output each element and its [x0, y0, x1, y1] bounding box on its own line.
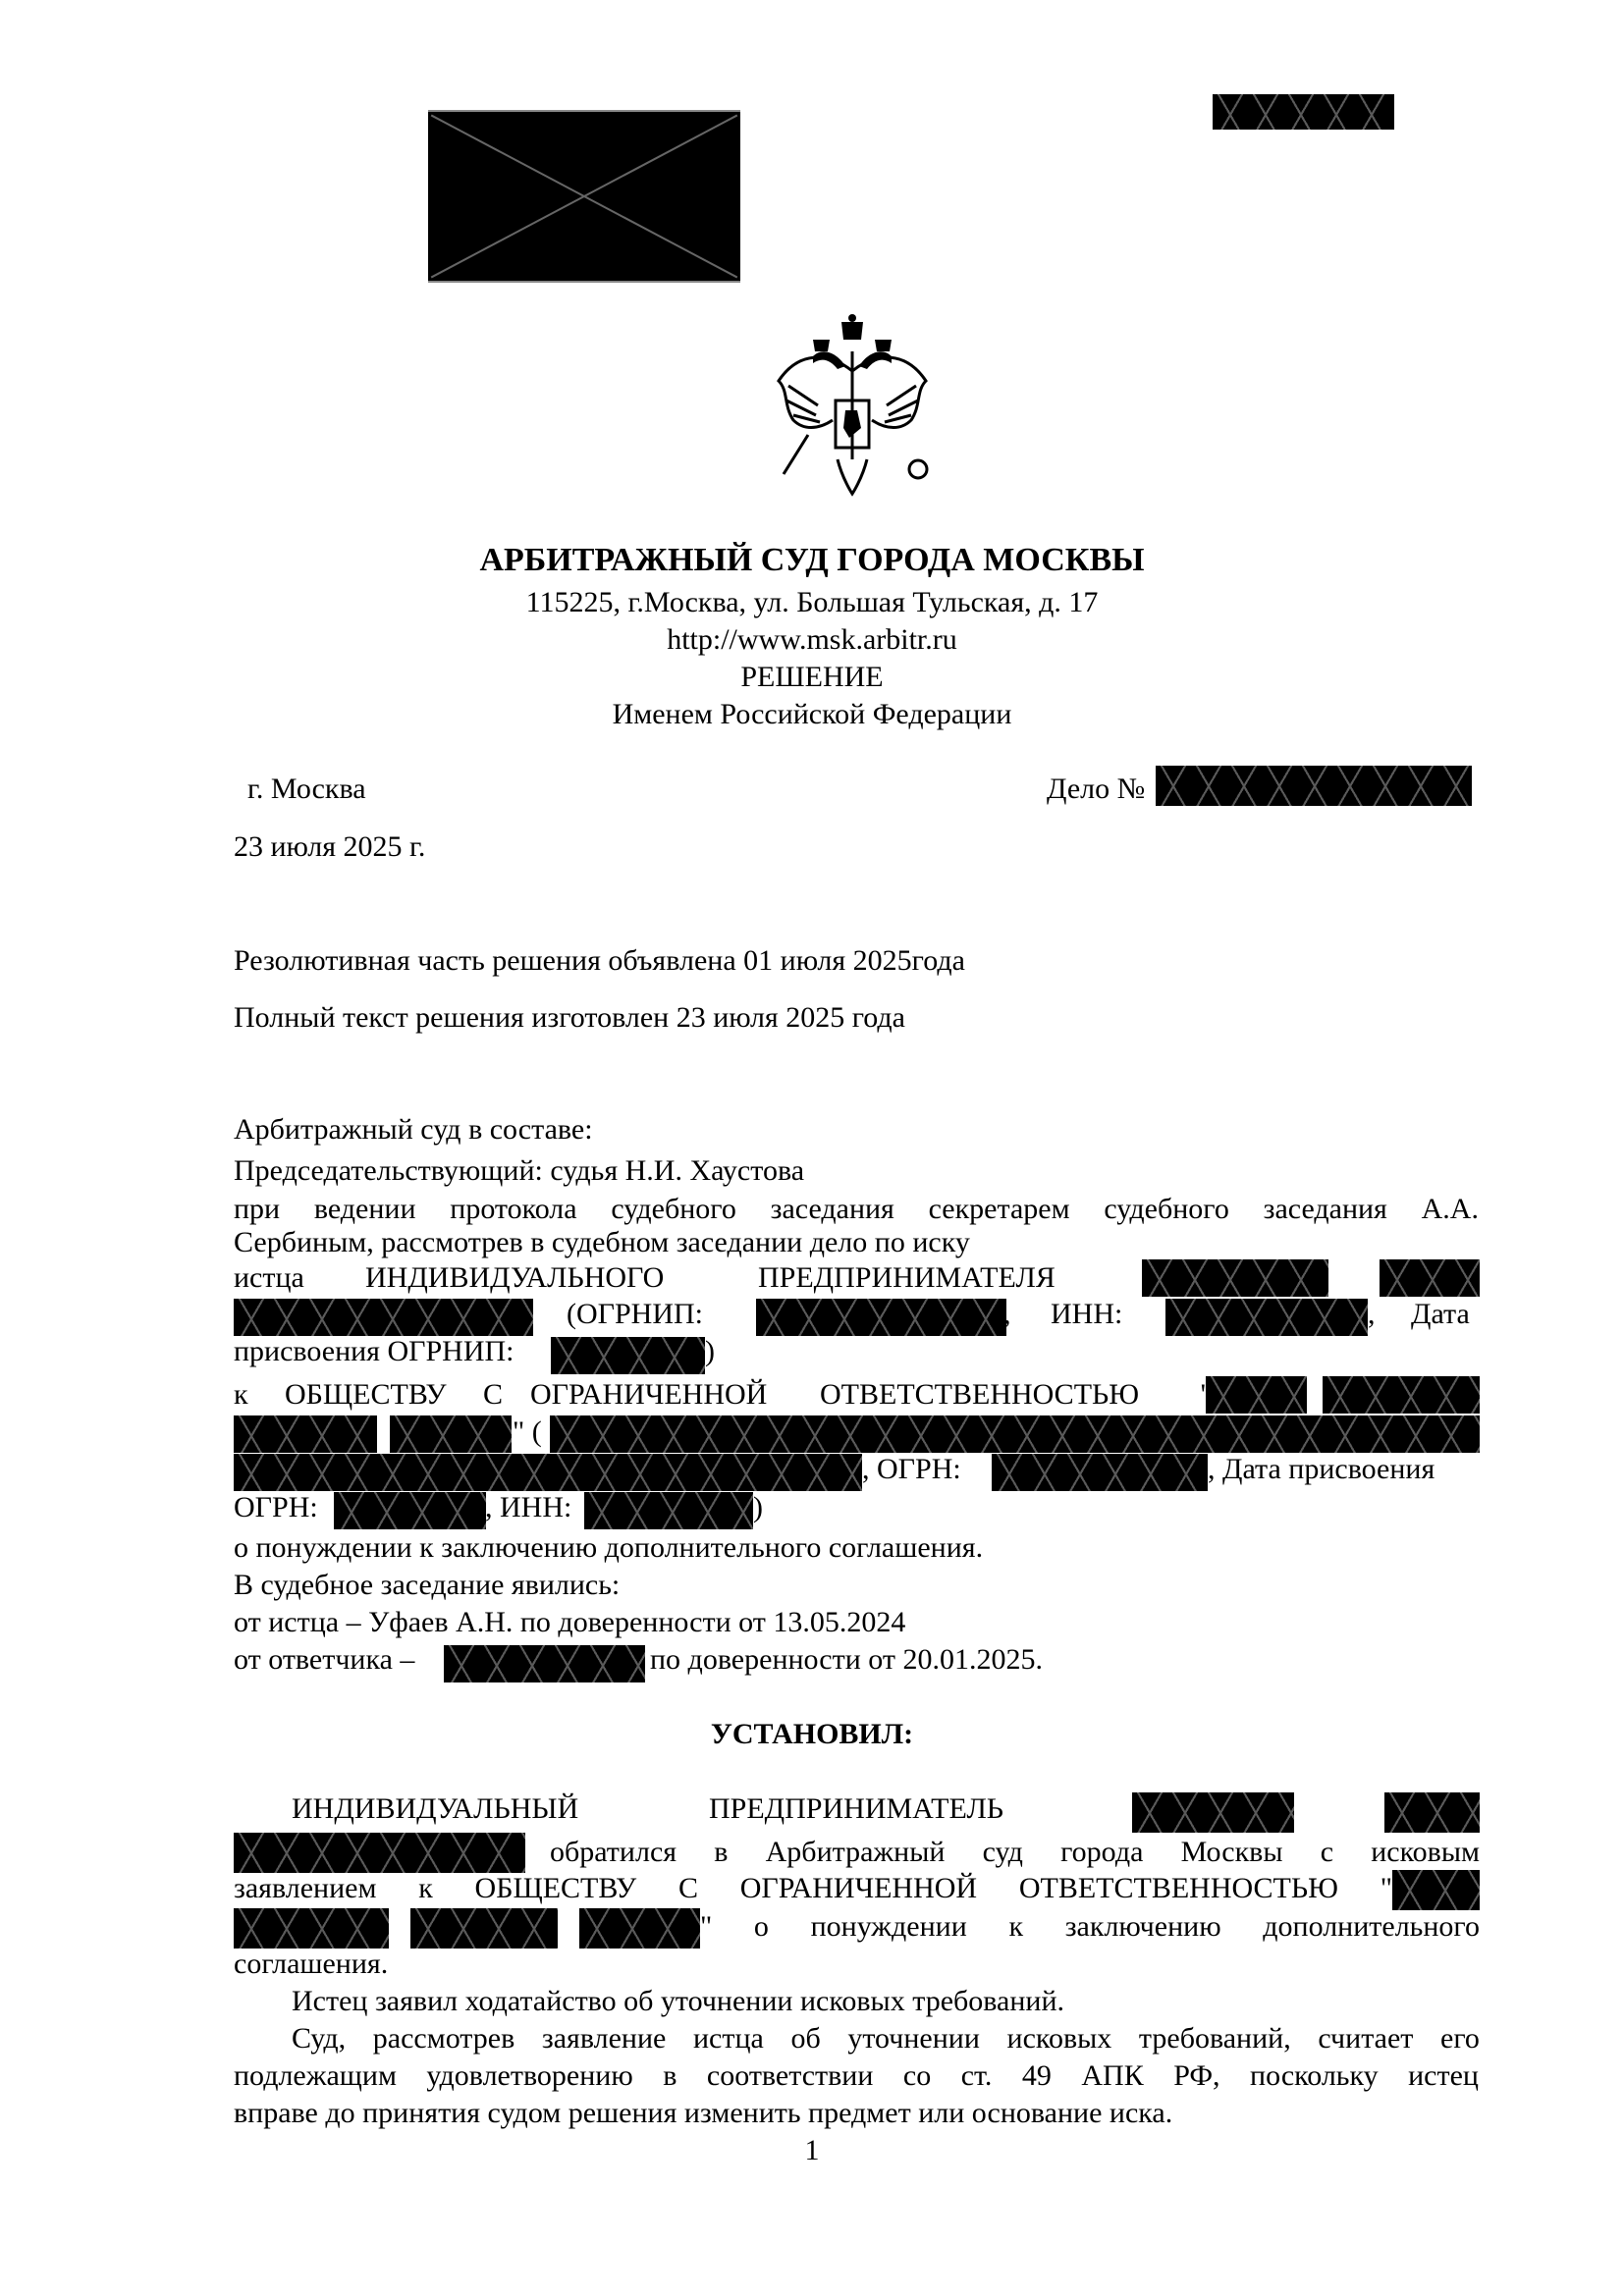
word: при	[234, 1193, 280, 1226]
word: Москвы	[1181, 1836, 1283, 1869]
operative-part-announced: Резолютивная часть решения объявлена 01 …	[234, 944, 965, 978]
word: АПК	[1081, 2059, 1143, 2093]
defendant-word: ОТВЕТСТВЕННОСТЬЮ	[820, 1378, 1139, 1412]
word: соответствии	[707, 2059, 874, 2093]
document-type: РЕШЕНИЕ	[0, 661, 1624, 694]
word: секретарем	[929, 1193, 1070, 1226]
city: г. Москва	[247, 773, 366, 806]
ogrnip-label: (ОГРНИП:	[567, 1298, 703, 1331]
case-label: Дело №	[1047, 773, 1145, 806]
comma: ,	[1368, 1298, 1376, 1331]
inn-label: , ИНН:	[485, 1491, 571, 1524]
ogrnip-date-label: присвоения ОГРНИП:	[234, 1335, 514, 1368]
ogrn-label: , ОГРН:	[862, 1453, 961, 1486]
redacted-company-name	[1392, 1870, 1480, 1910]
ogrn-label: ОГРН:	[234, 1491, 318, 1524]
defendant-representative-prefix: от ответчика –	[234, 1643, 414, 1677]
secretary-line-2: Сербиным, рассмотрев в судебном заседани…	[234, 1226, 1479, 1259]
word: Арбитражный	[766, 1836, 946, 1869]
secretary-line: при ведении протокола судебного заседани…	[234, 1193, 1479, 1226]
word: к	[1008, 1910, 1023, 1944]
appeared-heading: В судебное заседание явились:	[234, 1569, 1479, 1602]
close-paren: )	[753, 1491, 763, 1524]
word: протокола	[450, 1193, 576, 1226]
word: 49	[1022, 2059, 1052, 2093]
word: с	[1321, 1836, 1333, 1869]
word: судебного	[1104, 1193, 1229, 1226]
inn-label: ИНН:	[1051, 1298, 1122, 1331]
word: заявление	[542, 2022, 666, 2056]
comma: ,	[1003, 1298, 1011, 1331]
presiding-judge: Председательствующий: судья Н.И. Хаустов…	[234, 1154, 1479, 1188]
word: истец	[1408, 2059, 1479, 2093]
word: С	[678, 1872, 698, 1905]
motion-paragraph: Истец заявил ходатайство об уточнении ис…	[292, 1985, 1537, 2018]
word: ОБЩЕСТВУ	[475, 1872, 637, 1905]
redacted-ogrnip	[756, 1299, 1006, 1336]
russian-coat-of-arms-icon	[759, 312, 946, 501]
word: заседания	[1264, 1193, 1387, 1226]
word: исковым	[1371, 1836, 1480, 1869]
redacted-company-address	[550, 1415, 1480, 1453]
word: поскольку	[1250, 2059, 1379, 2093]
in-name-of-federation: Именем Российской Федерации	[0, 698, 1624, 731]
redacted-ogrnip-date	[551, 1337, 705, 1374]
redacted-ogrn-date	[334, 1492, 486, 1529]
word: со	[903, 2059, 931, 2093]
redacted-inn	[584, 1492, 753, 1529]
redacted-stamp-box	[428, 110, 740, 283]
redacted-company-name	[579, 1908, 700, 1949]
word: подлежащим	[234, 2059, 397, 2093]
word: обратился	[550, 1836, 677, 1869]
word: уточнении	[847, 2022, 980, 2056]
ogrn-date-label: , Дата присвоения	[1208, 1453, 1435, 1486]
word: заседания	[771, 1193, 894, 1226]
defendant-k: к	[234, 1378, 248, 1412]
word: удовлетворению	[426, 2059, 632, 2093]
redacted-company-name	[234, 1415, 377, 1453]
court-consideration-line-3: вправе до принятия судом решения изменит…	[234, 2097, 1479, 2130]
established-line-2: обратился в Арбитражный суд города Москв…	[550, 1836, 1480, 1869]
court-address: 115225, г.Москва, ул. Большая Тульская, …	[0, 586, 1624, 619]
redacted-ogrn	[992, 1454, 1208, 1491]
full-text-prepared: Полный текст решения изготовлен 23 июля …	[234, 1001, 905, 1035]
redacted-company-name	[390, 1415, 512, 1453]
redacted-company-name	[1206, 1376, 1307, 1414]
redacted-company-name	[410, 1908, 558, 1949]
word: исковых	[1007, 2022, 1112, 2056]
redacted-top-right	[1213, 94, 1394, 130]
word: требований,	[1139, 2022, 1291, 2056]
word: об	[790, 2022, 820, 2056]
section-heading-established: УСТАНОВИЛ:	[0, 1718, 1624, 1751]
word: дополнительного	[1263, 1910, 1480, 1944]
redacted-plaintiff-name	[1384, 1792, 1480, 1833]
redacted-defendant-representative	[444, 1645, 645, 1682]
redacted-company-name	[1323, 1376, 1480, 1414]
word: Суд,	[292, 2022, 346, 2056]
redacted-plaintiff-name	[1132, 1792, 1294, 1833]
word: о	[754, 1910, 769, 1944]
redacted-company-address	[234, 1454, 862, 1491]
word: в	[714, 1836, 728, 1869]
court-website-link[interactable]: http://www.msk.arbitr.ru	[0, 623, 1624, 657]
claim-subject: о понуждении к заключению дополнительног…	[234, 1531, 1479, 1565]
close-paren: )	[705, 1335, 715, 1368]
entrepreneur-word: ПРЕДПРИНИМАТЕЛЬ	[709, 1792, 1003, 1826]
word: к	[418, 1872, 433, 1905]
redacted-plaintiff-name	[1142, 1259, 1328, 1297]
established-line-3: заявлением к ОБЩЕСТВУ С ОГРАНИЧЕННОЙ ОТВ…	[234, 1872, 1392, 1905]
word: истца	[693, 2022, 764, 2056]
word: понуждении	[811, 1910, 967, 1944]
defendant-representative-suffix: по доверенности от 20.01.2025.	[650, 1643, 1043, 1677]
composition-line-1: Арбитражный суд в составе:	[234, 1113, 1479, 1147]
defendant-word: ОГРАНИЧЕННОЙ	[530, 1378, 767, 1412]
word: А.А.	[1422, 1193, 1479, 1226]
plaintiff-word: ИНДИВИДУАЛЬНОГО	[365, 1261, 664, 1295]
redacted-plaintiff-name	[1380, 1259, 1480, 1297]
word: в	[663, 2059, 677, 2093]
word: ОТВЕТСТВЕННОСТЬЮ	[1019, 1872, 1338, 1905]
word: заключению	[1065, 1910, 1221, 1944]
page-number: 1	[0, 2134, 1624, 2167]
court-consideration-line-2: подлежащим удовлетворению в соответствии…	[234, 2059, 1479, 2093]
word: города	[1060, 1836, 1143, 1869]
date-label: Дата	[1411, 1298, 1470, 1331]
redacted-case-number	[1156, 766, 1472, 806]
court-name: АРБИТРАЖНЫЙ СУД ГОРОДА МОСКВЫ	[0, 542, 1624, 579]
word: его	[1440, 2022, 1480, 2056]
word: считает	[1318, 2022, 1413, 2056]
word: "	[1380, 1872, 1392, 1905]
defendant-word: С	[483, 1378, 503, 1412]
word: "	[700, 1910, 712, 1944]
quote-paren: " (	[513, 1415, 542, 1449]
plaintiff-representative: от истца – Уфаев А.Н. по доверенности от…	[234, 1606, 1479, 1639]
redacted-inn	[1165, 1299, 1368, 1336]
established-line-4: " о понуждении к заключению дополнительн…	[700, 1910, 1480, 1944]
word: ведении	[314, 1193, 416, 1226]
entrepreneur-word: ИНДИВИДУАЛЬНЫЙ	[292, 1792, 578, 1826]
redacted-plaintiff-name	[234, 1299, 533, 1336]
decision-date: 23 июля 2025 г.	[234, 830, 425, 864]
redacted-plaintiff-name	[234, 1833, 525, 1873]
established-line-5: соглашения.	[234, 1948, 1479, 1981]
court-consideration-line-1: Суд, рассмотрев заявление истца об уточн…	[292, 2022, 1480, 2056]
word: ст.	[961, 2059, 993, 2093]
redacted-company-name	[234, 1908, 389, 1949]
word: ОГРАНИЧЕННОЙ	[740, 1872, 977, 1905]
word: РФ,	[1173, 2059, 1219, 2093]
word: суд	[983, 1836, 1023, 1869]
word: рассмотрев	[373, 2022, 515, 2056]
word: судебного	[611, 1193, 736, 1226]
plaintiff-word: истца	[234, 1261, 304, 1295]
defendant-word: ОБЩЕСТВУ	[285, 1378, 447, 1412]
plaintiff-word: ПРЕДПРИНИМАТЕЛЯ	[758, 1261, 1056, 1295]
word: заявлением	[234, 1872, 376, 1905]
